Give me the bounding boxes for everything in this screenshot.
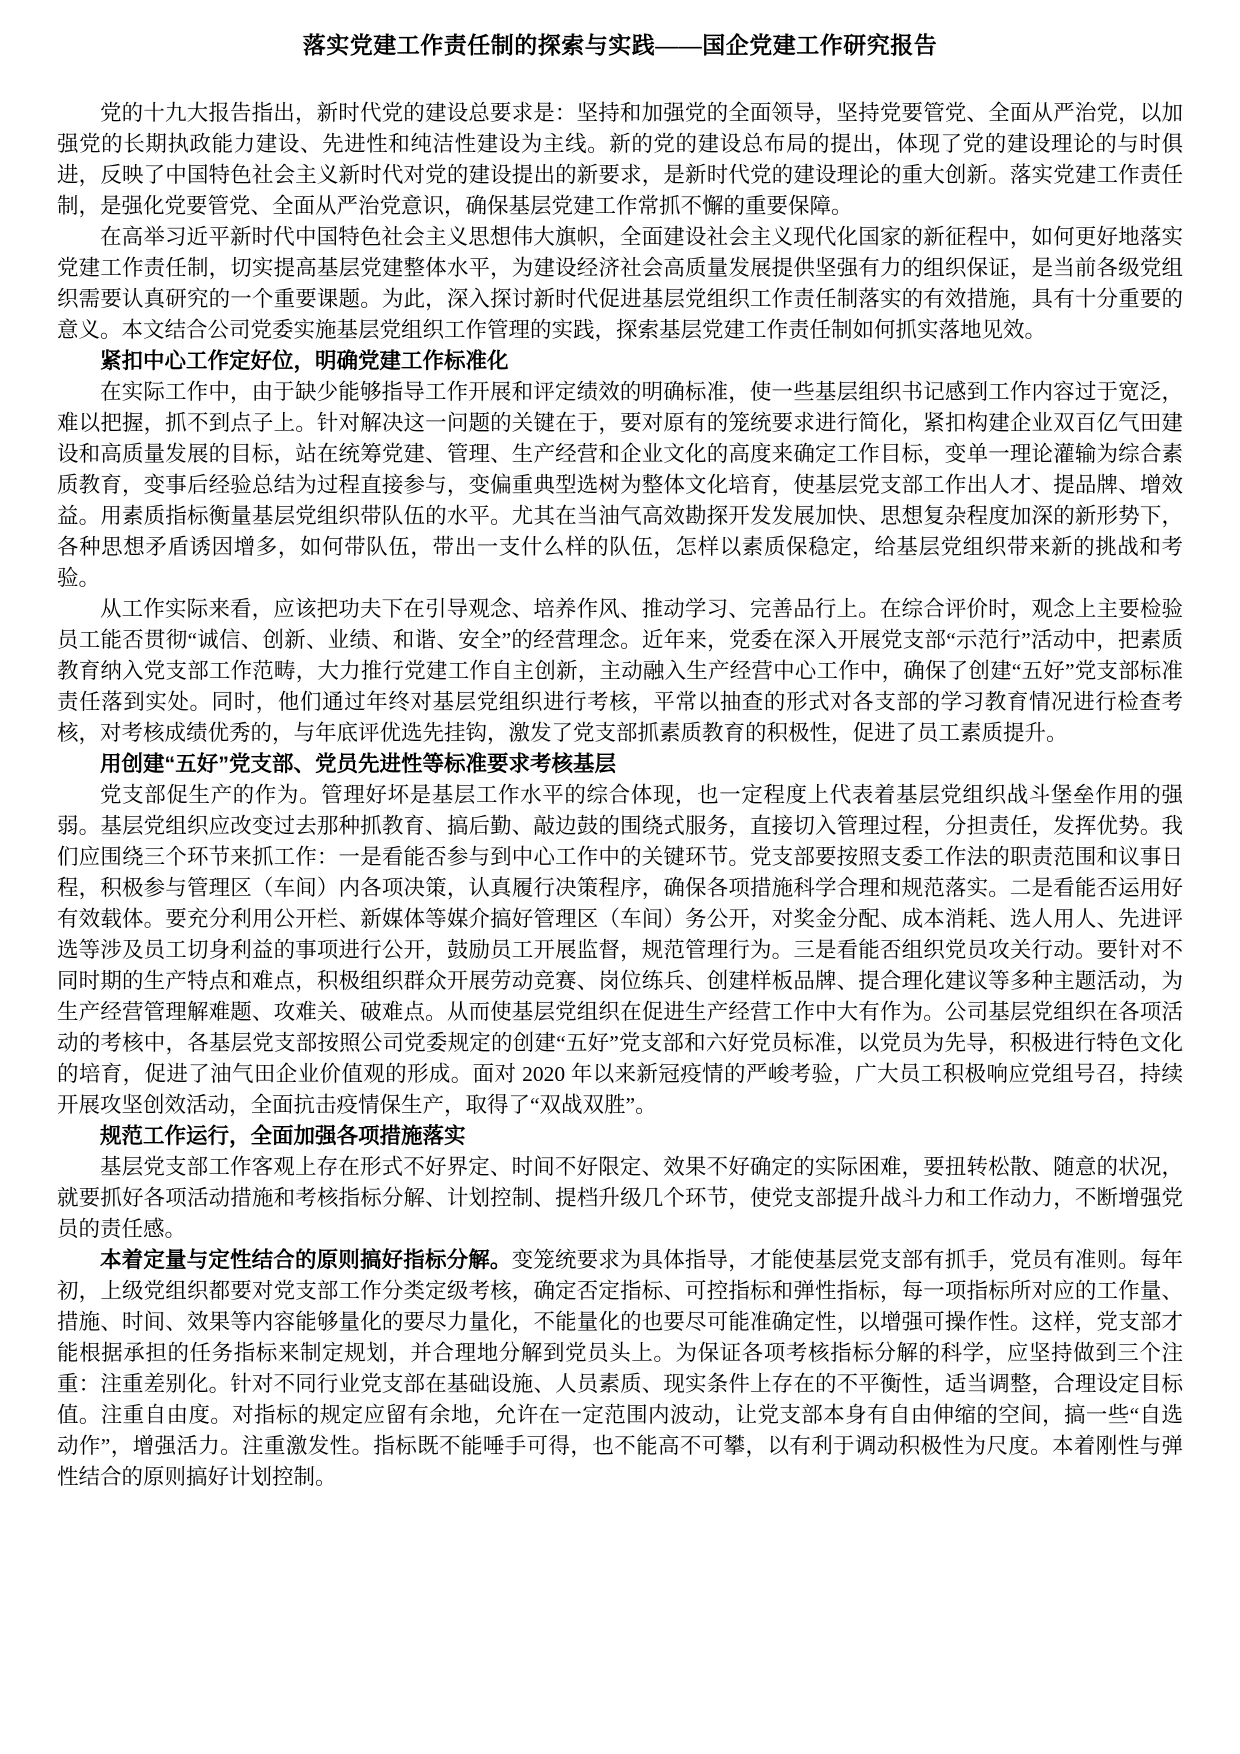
document-title: 落实党建工作责任制的探索与实践——国企党建工作研究报告 (57, 30, 1183, 61)
section-heading-five-good-standards: 用创建“五好”党支部、党员先进性等标准要求考核基层 (57, 749, 1183, 780)
paragraph-lead-bold: 本着定量与定性结合的原则搞好指标分解。 (100, 1248, 512, 1272)
paragraph-lead-body: 变笼统要求为具体指导，才能使基层党支部有抓手，党员有准则。每年初，上级党组织都要… (57, 1248, 1183, 1489)
paragraph-section1-1: 在实际工作中，由于缺少能够指导工作开展和评定绩效的明确标准，使一些基层组织书记感… (57, 377, 1183, 594)
paragraph-intro-1: 党的十九大报告指出，新时代党的建设总要求是：坚持和加强党的全面领导，坚持党要管党… (57, 98, 1183, 222)
paragraph-intro-2: 在高举习近平新时代中国特色社会主义思想伟大旗帜，全面建设社会主义现代化国家的新征… (57, 222, 1183, 346)
section-heading-standardize-operation: 规范工作运行，全面加强各项措施落实 (57, 1121, 1183, 1152)
section-heading-work-standardization: 紧扣中心工作定好位，明确党建工作标准化 (57, 346, 1183, 377)
paragraph-section3-1: 基层党支部工作客观上存在形式不好界定、时间不好限定、效果不好确定的实际困难，要扭… (57, 1152, 1183, 1245)
paragraph-section1-2: 从工作实际来看，应该把功夫下在引导观念、培养作风、推动学习、完善品行上。在综合评… (57, 594, 1183, 749)
paragraph-section3-2: 本着定量与定性结合的原则搞好指标分解。变笼统要求为具体指导，才能使基层党支部有抓… (57, 1245, 1183, 1493)
document-page: 落实党建工作责任制的探索与实践——国企党建工作研究报告 党的十九大报告指出，新时… (0, 0, 1240, 1754)
paragraph-section2-1: 党支部促生产的作为。管理好坏是基层工作水平的综合体现，也一定程度上代表着基层党组… (57, 780, 1183, 1121)
